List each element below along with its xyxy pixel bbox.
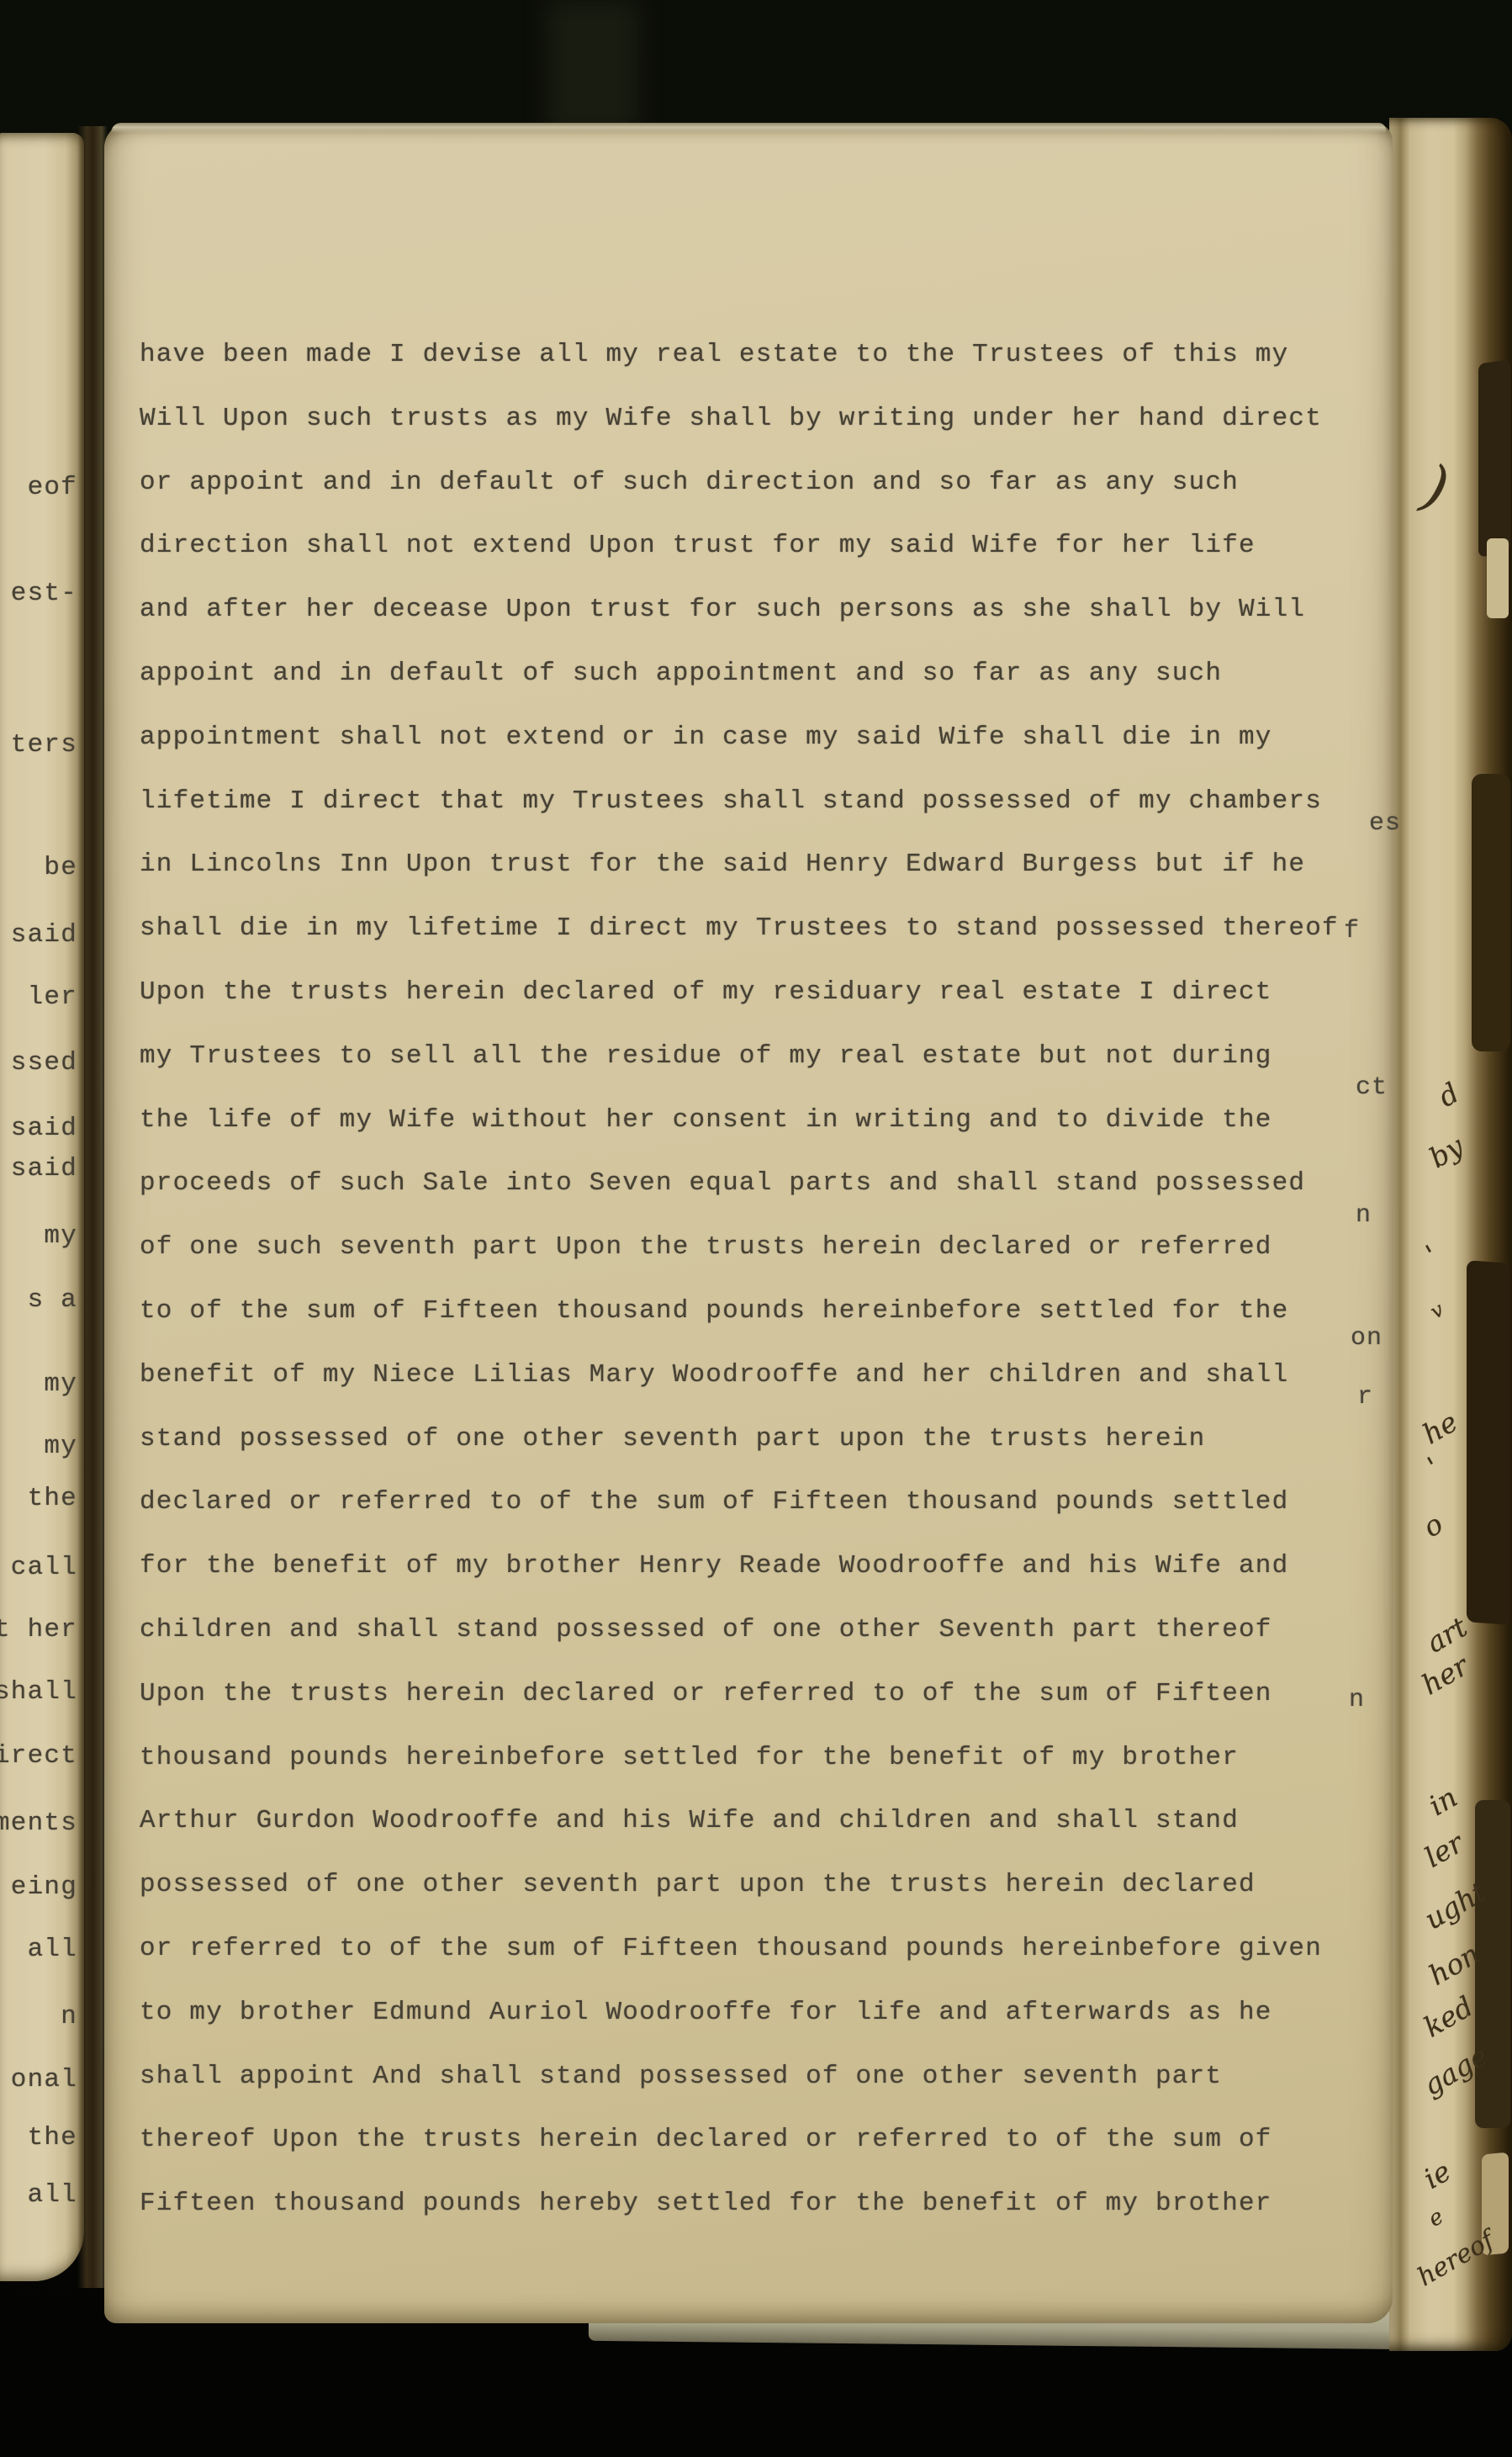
- typed-line: shall appoint And shall stand possessed …: [140, 2045, 1367, 2109]
- typed-line: appointment shall not extend or in case …: [140, 706, 1367, 770]
- typed-line: lifetime I direct that my Trustees shall…: [140, 770, 1367, 834]
- typed-line: or referred to of the sum of Fifteen tho…: [140, 1917, 1367, 1981]
- typed-line: children and shall stand possessed of on…: [140, 1598, 1367, 1662]
- typed-text-block: have been made I devise all my real esta…: [140, 323, 1367, 2236]
- backdrop-light-streak: [547, 0, 639, 135]
- typed-fragment: all: [28, 2180, 77, 2210]
- typed-fragment: said: [11, 1154, 77, 1183]
- typed-line: Upon the trusts herein declared of my re…: [140, 961, 1367, 1025]
- typed-line: in Lincolns Inn Upon trust for the said …: [140, 833, 1367, 897]
- typed-fragment: eing: [11, 1872, 77, 1902]
- torn-edge-shadow: [1467, 1260, 1510, 1625]
- typed-line: the life of my Wife without her consent …: [140, 1088, 1367, 1152]
- typed-fragment: the: [28, 2123, 77, 2153]
- typed-line: declared or referred to of the sum of Fi…: [140, 1470, 1367, 1534]
- will-page: have been made I devise all my real esta…: [104, 123, 1393, 2323]
- typed-line: to my brother Edmund Auriol Woodrooffe f…: [140, 1981, 1367, 2045]
- typed-line: or appoint and in default of such direct…: [140, 451, 1367, 515]
- typed-fragment: be: [44, 853, 77, 882]
- typed-line: and after her decease Upon trust for suc…: [140, 578, 1367, 642]
- torn-edge-highlight: [1482, 2153, 1509, 2256]
- typed-fragment: said: [11, 1114, 77, 1143]
- typed-fragment: ments: [0, 1808, 77, 1838]
- facing-page-edge: eofest-tersbesaidlerssedsaidsaidmys amym…: [0, 133, 84, 2281]
- typed-fragment: my: [44, 1221, 77, 1251]
- typed-line: Fifteen thousand pounds hereby settled f…: [140, 2172, 1367, 2236]
- typed-line: of one such seventh part Upon the trusts…: [140, 1215, 1367, 1279]
- typed-line: my Trustees to sell all the residue of m…: [140, 1025, 1367, 1088]
- typed-fragment: my: [44, 1432, 77, 1461]
- typed-line: possessed of one other seventh part upon…: [140, 1853, 1367, 1917]
- typed-line: benefit of my Niece Lilias Mary Woodroof…: [140, 1343, 1367, 1407]
- torn-edge-shadow: [1478, 360, 1510, 558]
- book-gutter-shadow: [77, 126, 108, 2288]
- typed-line: Upon the trusts herein declared or refer…: [140, 1662, 1367, 1726]
- typed-line: proceeds of such Sale into Seven equal p…: [140, 1152, 1367, 1215]
- typed-fragment: the: [28, 1484, 77, 1513]
- typed-fragment: onal: [11, 2065, 77, 2094]
- typed-fragment: said: [11, 920, 77, 950]
- typed-line: thereof Upon the trusts herein declared …: [140, 2108, 1367, 2172]
- typed-line: stand possessed of one other seventh par…: [140, 1407, 1367, 1471]
- typed-fragment: n: [61, 2002, 77, 2031]
- typed-fragment: ut her: [0, 1615, 77, 1644]
- typed-fragment: irect: [0, 1741, 77, 1771]
- typed-fragment: ssed: [11, 1048, 77, 1078]
- typed-line: direction shall not extend Upon trust fo…: [140, 514, 1367, 578]
- typed-fragment: ler: [28, 982, 77, 1012]
- torn-edge-highlight: [1487, 538, 1509, 618]
- typed-fragment: shall: [0, 1677, 77, 1707]
- torn-edge-shadow: [1475, 1800, 1510, 2128]
- typed-line: appoint and in default of such appointme…: [140, 642, 1367, 706]
- typed-line: for the benefit of my brother Henry Read…: [140, 1534, 1367, 1598]
- typed-line: thousand pounds hereinbefore settled for…: [140, 1726, 1367, 1790]
- typed-fragment: eof: [28, 473, 77, 502]
- typed-line: to of the sum of Fifteen thousand pounds…: [140, 1279, 1367, 1343]
- typed-fragment: call: [11, 1553, 77, 1582]
- typed-fragment: ters: [11, 730, 77, 760]
- typed-line: Arthur Gurdon Woodrooffe and his Wife an…: [140, 1789, 1367, 1853]
- typed-fragment: s a: [28, 1285, 77, 1315]
- typed-fragment: est-: [11, 579, 77, 608]
- typed-fragment: all: [28, 1935, 77, 1964]
- typed-line: shall die in my lifetime I direct my Tru…: [140, 897, 1367, 961]
- typed-line: Will Upon such trusts as my Wife shall b…: [140, 387, 1367, 451]
- typed-fragment: my: [44, 1369, 77, 1399]
- torn-edge-shadow: [1472, 774, 1510, 1051]
- typed-line: have been made I devise all my real esta…: [140, 323, 1367, 387]
